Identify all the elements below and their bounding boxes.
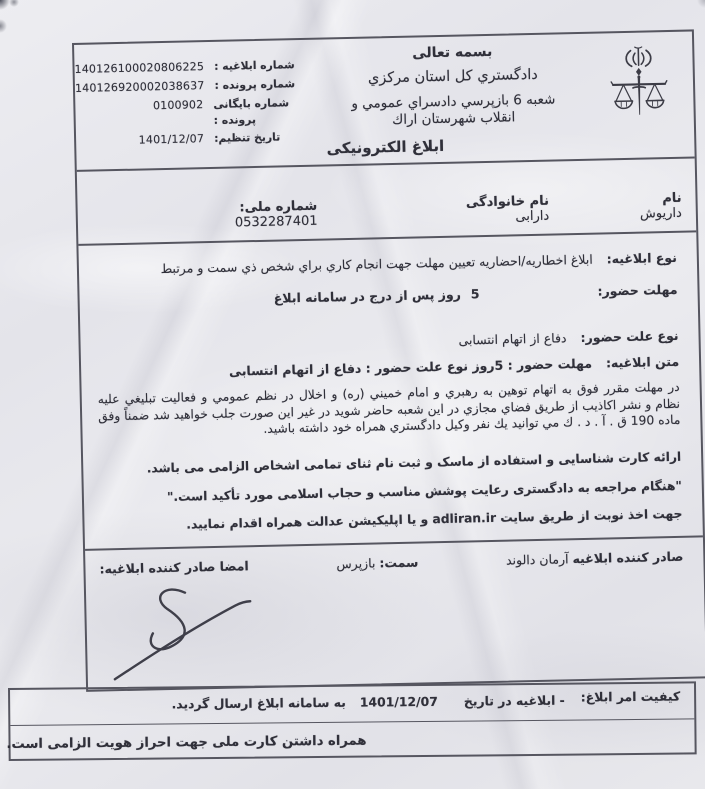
delivery-quality-label: کیفیت امر ابلاغ: [581,689,680,705]
attendance-reason-label: نوع علت حضور: [580,328,678,345]
attendance-reason-value: دفاع از اتهام انتسابی [458,330,566,347]
notice-text-row: متن ابلاغیه:مهلت حضور : 5روز نوع علت حضو… [97,354,679,382]
issue-date-label: تاریخ تنظیم: [204,129,322,148]
notification-number-label: شماره ابلاغیه : [204,57,321,75]
position-label: سمت: [379,555,418,571]
document-header: بسمه تعالی دادگستري کل استان مرکزي شعبه … [74,31,694,142]
first-name-label: نام [662,191,682,206]
national-id-group: شماره ملی: 0532287401 [92,199,318,234]
national-id-label: شماره ملی: [239,199,317,216]
signature-zone [86,564,705,697]
summons-body-paragraph: در مهلت مقرر فوق به اتهام توهین به رهبري… [98,379,681,442]
delivery-sent-suffix: به سامانه ابلاغ ارسال گردید. [171,695,345,712]
last-name-value: دارابی [515,209,549,225]
issuer-name: آرمان دالوند [506,551,569,567]
notification-number-value: 140126100020806225 [74,59,204,78]
scales-of-justice-svg [605,42,673,123]
first-name-group: نام داریوش [611,191,682,223]
delivery-sent-date: 1401/12/07 [360,694,438,710]
notice-text-label: متن ابلاغیه: [606,354,679,371]
case-numbers-block: شماره ابلاغیه : 140126100020806225 شماره… [74,46,322,143]
id-required-note: همراه داشتن کارت ملی جهت احراز هویت الزا… [6,734,366,752]
notice-details: نوع ابلاغیه:ابلاغ اخطاریه/احضاریه تعیین … [79,249,703,534]
scanned-paper-background: بسمه تعالی دادگستري کل استان مرکزي شعبه … [0,0,705,789]
notice-text-value: مهلت حضور : 5روز نوع علت حضور : دفاع از … [229,356,592,379]
court-titles: بسمه تعالی دادگستري کل استان مرکزي شعبه … [320,40,586,138]
id-card-note: ارائه کارت شناسایی و استفاده از ماسک و ث… [99,450,681,477]
archive-number-value: 0100902 [153,97,204,129]
branch-title-line2: انقلاب شهرستان اراك [392,110,516,129]
delivery-status-box: کیفیت امر ابلاغ:- ابلاغیه در تاریخ1401/1… [8,681,697,761]
last-name-group: نام خانوادگی دارابی [435,194,549,226]
notice-type-label: نوع ابلاغیه: [607,250,677,267]
issue-date-value: 1401/12/07 [139,131,205,148]
branch-title-line1: شعبه 6 بازپرسي دادسراي عمومي و [351,91,555,111]
position-value: بازپرس [336,556,375,572]
branch-title: شعبه 6 بازپرسي دادسراي عمومي و انقلاب شه… [321,91,586,131]
deadline-row: مهلت حضور:5روز پس از درج در سامانه ابلاغ [95,282,677,310]
national-id-value: 0532287401 [235,214,318,231]
archive-number-label: شماره بایگانی پرونده : [203,94,322,128]
attendance-reason-row: نوع علت حضور:دفاع از اتهام انتسابی [96,328,678,356]
case-number-label: شماره پرونده : [204,76,321,94]
case-number-row: شماره پرونده : 140126920002038637 [75,76,321,97]
recipient-row: نام داریوش نام خانوادگی دارابی شماره ملی… [77,158,696,245]
deadline-label: مهلت حضور: [597,282,677,299]
notice-type-value: ابلاغ اخطاریه/احضاریه تعیین مهلت جهت انج… [160,252,592,276]
notice-type-row: نوع ابلاغیه:ابلاغ اخطاریه/احضاریه تعیین … [95,250,677,278]
judiciary-scales-logo-icon [584,37,694,131]
archive-number-row: شماره بایگانی پرونده : 0100902 [75,94,322,131]
deadline-text: روز پس از درج در سامانه ابلاغ [274,287,461,306]
notification-number-row: شماره ابلاغیه : 140126100020806225 [74,57,320,78]
id-required-row: همراه داشتن کارت ملی جهت احراز هویت الزا… [10,719,694,752]
bismillah-text: بسمه تعالی [320,42,584,64]
deadline-days: 5 [471,286,480,301]
appointment-note: جهت اخذ نوبت از طریق سایت adliran.ir و ی… [100,507,682,534]
hijab-note: "هنگام مراجعه به دادگستری رعایت پوشش منا… [100,479,682,506]
first-name-value: داریوش [640,206,682,222]
delivery-sent-prefix: - ابلاغیه در تاریخ [464,693,565,709]
case-number-value: 140126920002038637 [75,78,205,97]
notification-document: بسمه تعالی دادگستري کل استان مرکزي شعبه … [72,29,705,691]
justice-department-title: دادگستري کل استان مرکزي [321,66,585,88]
handwritten-signature-icon [102,583,264,686]
